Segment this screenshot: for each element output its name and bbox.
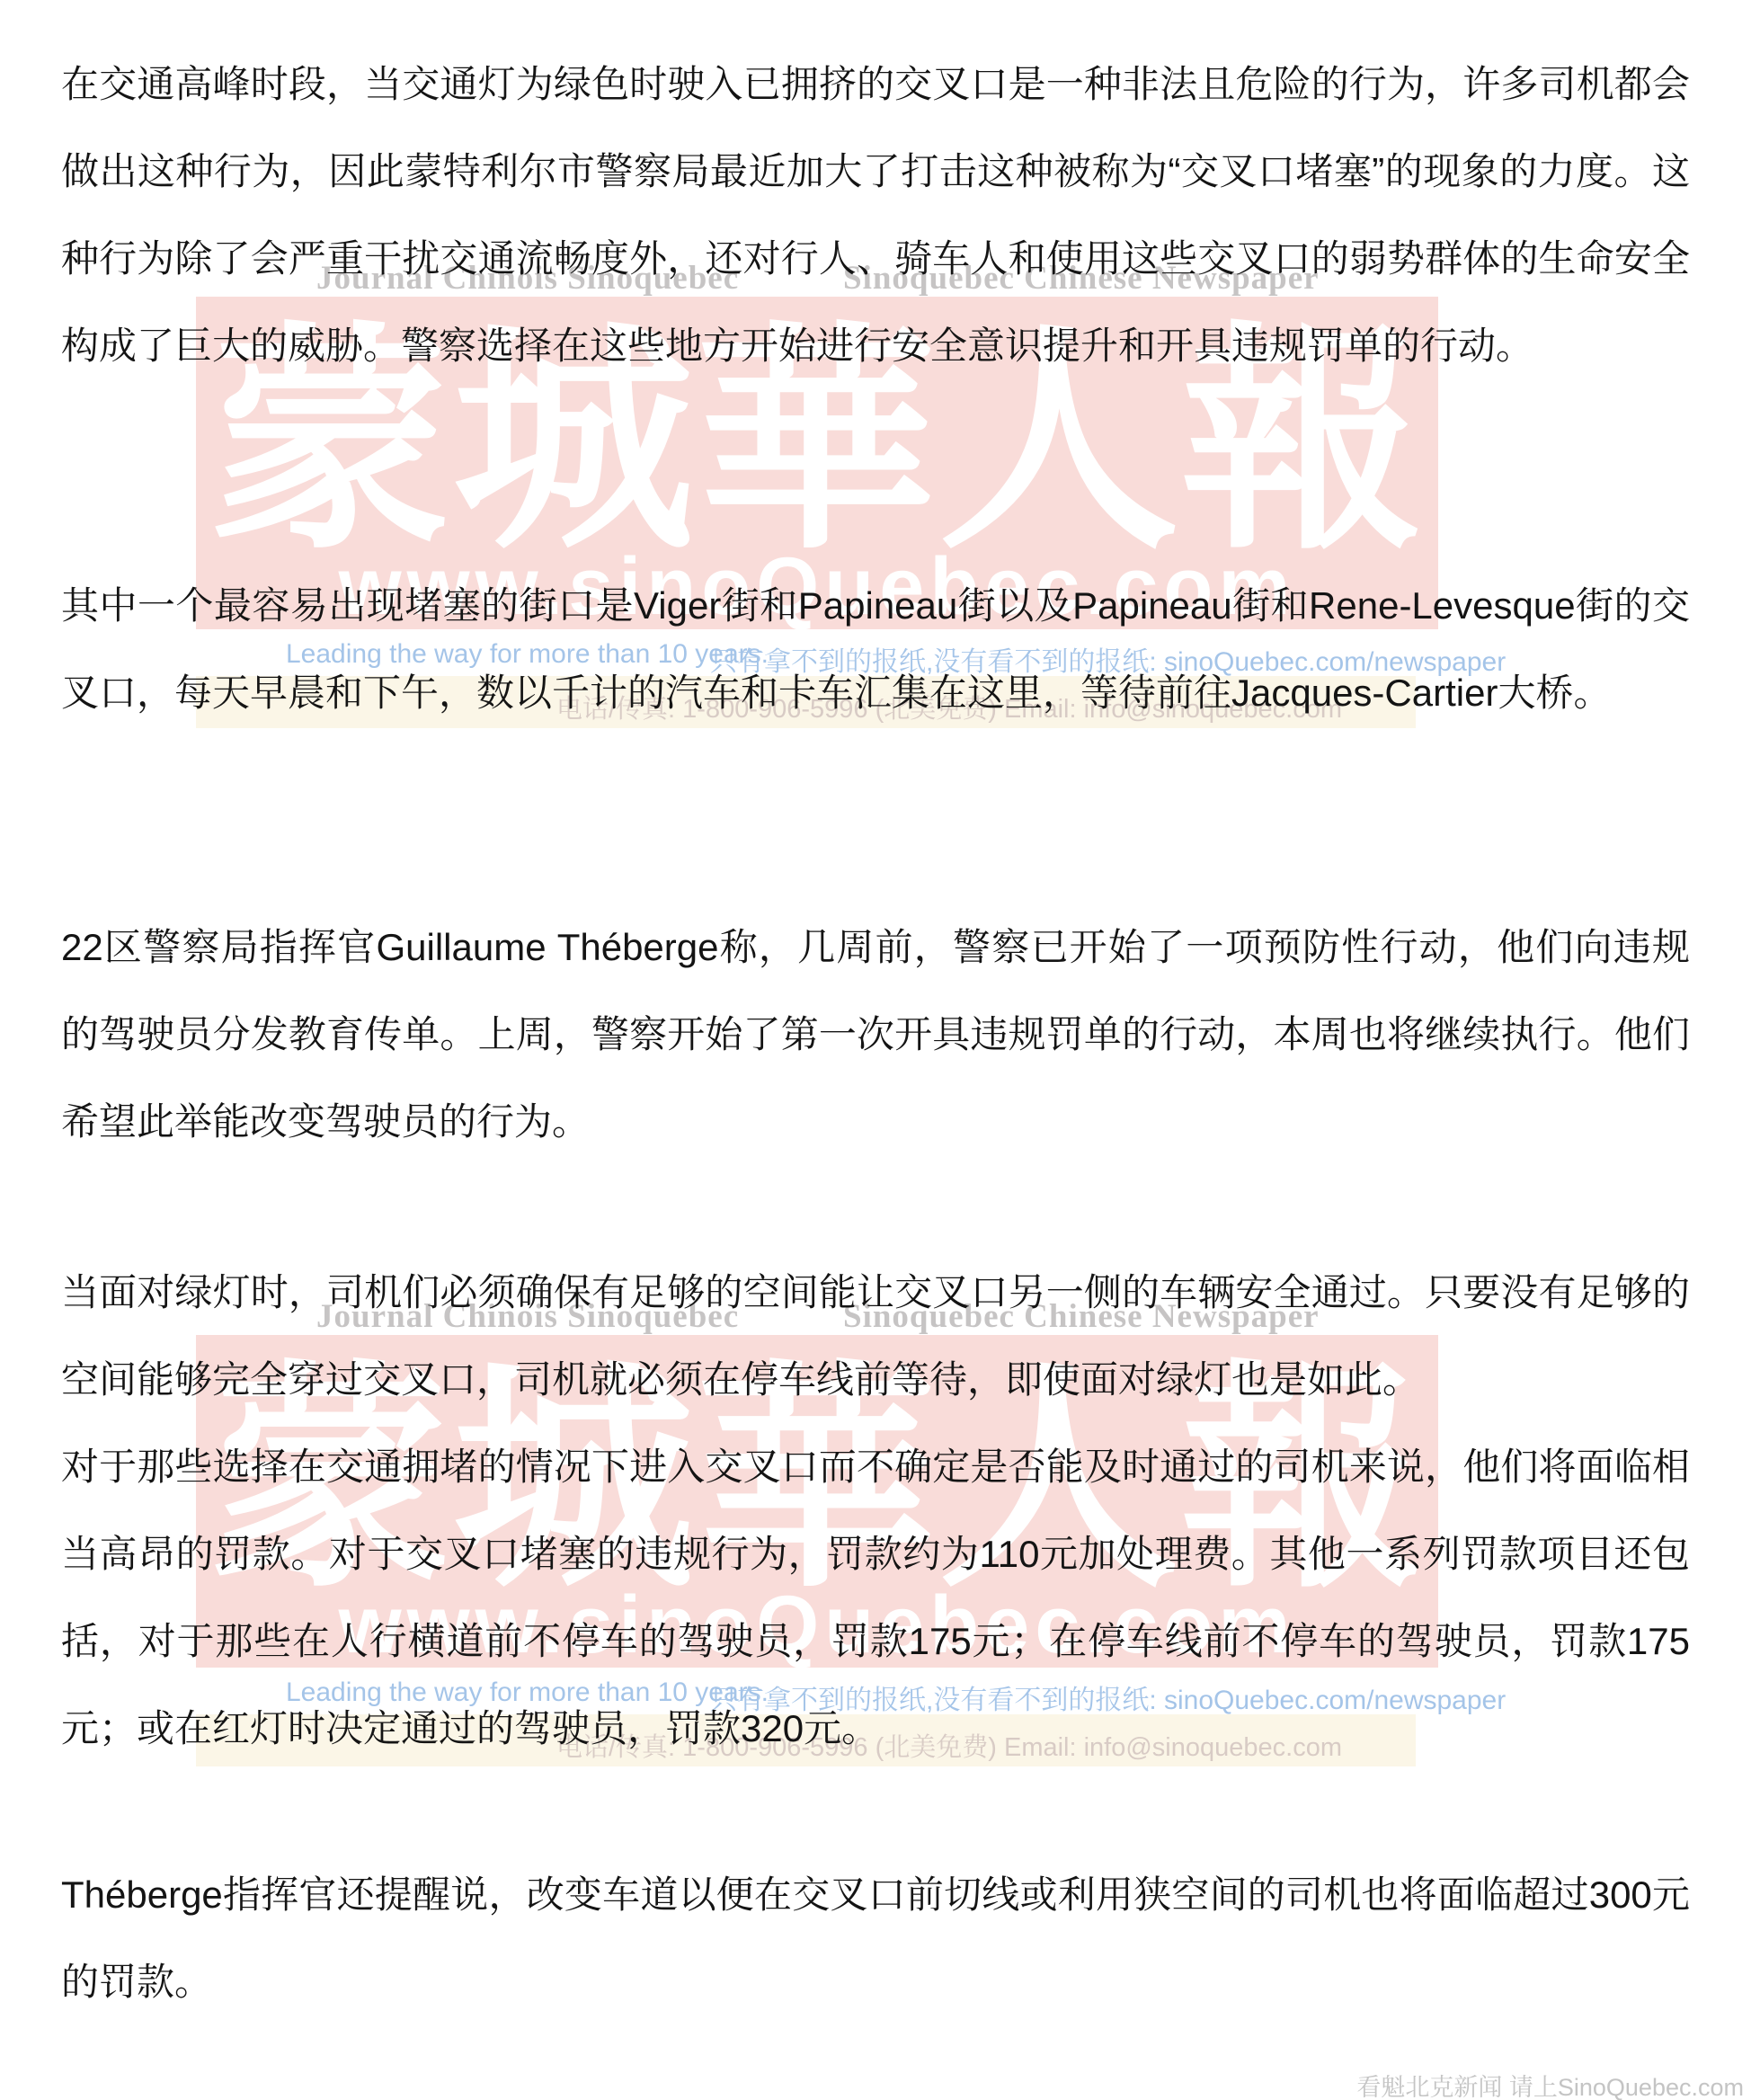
article-page: Journal Chinois Sinoquebec Sinoquebec Ch… xyxy=(0,0,1751,2100)
paragraph-lane-change-fine: Théberge指挥官还提醒说，改变车道以便在交叉口前切线或利用狭空间的司机也将… xyxy=(61,1851,1690,2025)
paragraph-green-light-rule: 当面对绿灯时，司机们必须确保有足够的空间能让交叉口另一侧的车辆安全通过。只要没有… xyxy=(61,1249,1690,1423)
paragraph-locations: 其中一个最容易出现堵塞的街口是Viger街和Papineau街以及Papinea… xyxy=(61,562,1690,736)
paragraph-police-operation: 22区警察局指挥官Guillaume Théberge称，几周前，警察已开始了一… xyxy=(61,903,1690,1165)
source-note: 看魁北克新闻 请上SinoQuebec.com xyxy=(1356,2068,1744,2100)
paragraph-fines: 对于那些选择在交通拥堵的情况下进入交叉口而不确定是否能及时通过的司机来说，他们将… xyxy=(61,1423,1690,1772)
paragraph-intro: 在交通高峰时段，当交通灯为绿色时驶入已拥挤的交叉口是一种非法且危险的行为，许多司… xyxy=(61,40,1690,389)
